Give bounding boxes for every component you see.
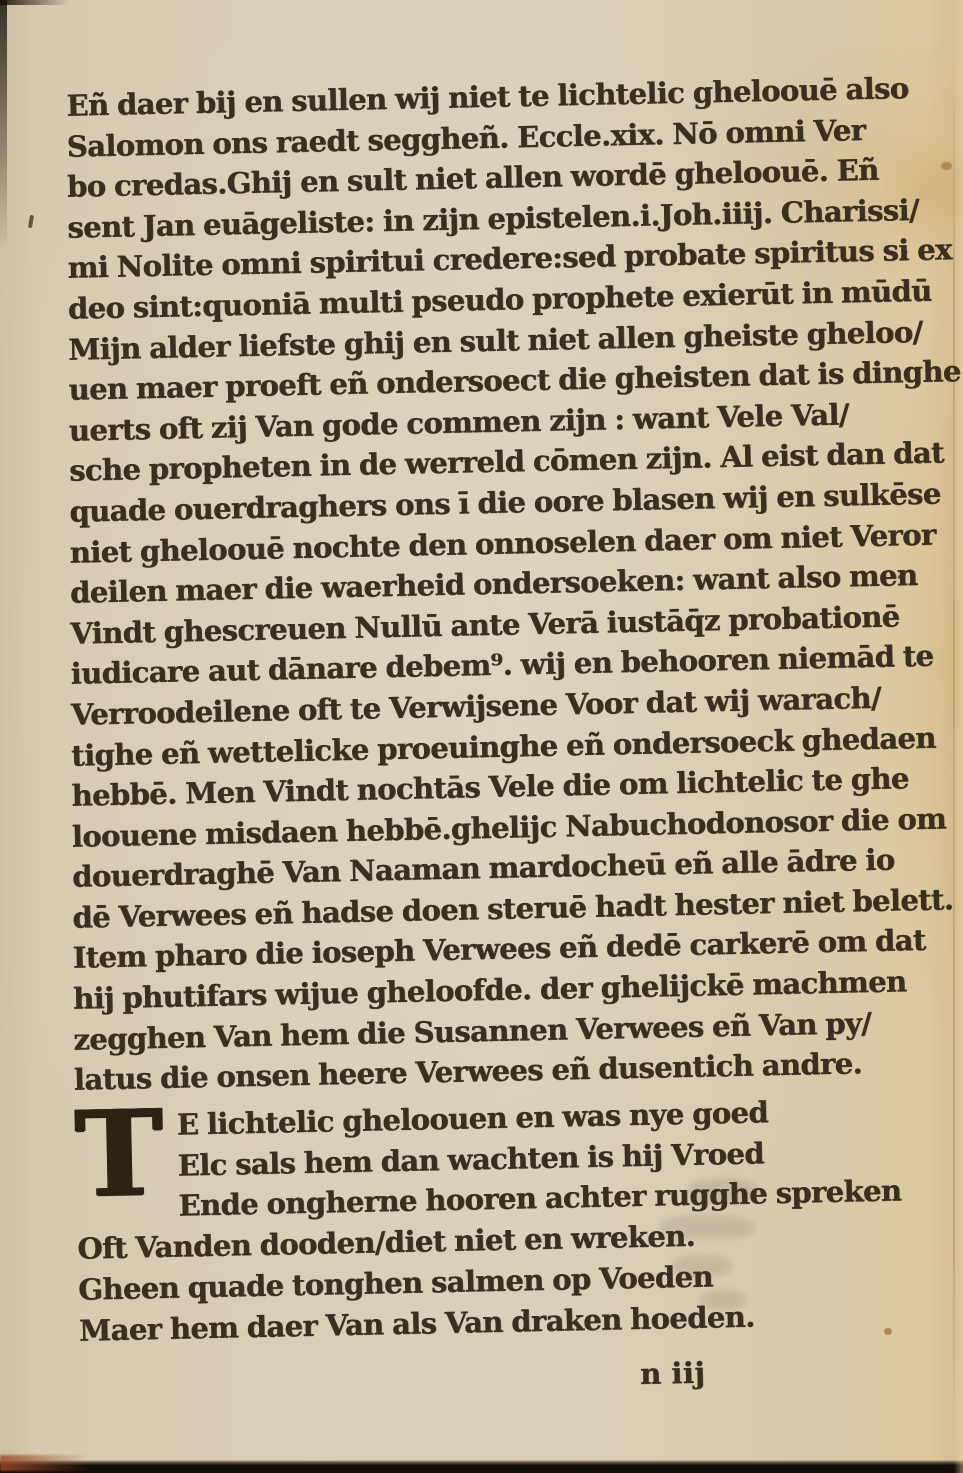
prose-paragraph: Eñ daer bij en sullen wij niet te lichte… xyxy=(53,69,889,1101)
drop-cap-initial: T xyxy=(74,1107,172,1191)
book-page-scan: Eñ daer bij en sullen wij niet te lichte… xyxy=(0,0,963,1473)
page-edge-top xyxy=(0,0,70,5)
verse-lines: E lichtelic gheloouen en was nye goedElc… xyxy=(74,1090,894,1352)
page-edge-right xyxy=(954,0,963,1473)
signature-mark: n iij xyxy=(640,1348,896,1394)
paper-spot xyxy=(941,162,952,170)
verse-section: T E lichtelic gheloouen en was nye goedE… xyxy=(74,1090,894,1352)
ink-mark xyxy=(28,215,34,228)
text-block: Eñ daer bij en sullen wij niet te lichte… xyxy=(53,69,895,1406)
page-edge-bottom xyxy=(0,1460,963,1473)
page-edge-left xyxy=(0,0,7,250)
page-edge-red-tint xyxy=(0,1455,90,1471)
